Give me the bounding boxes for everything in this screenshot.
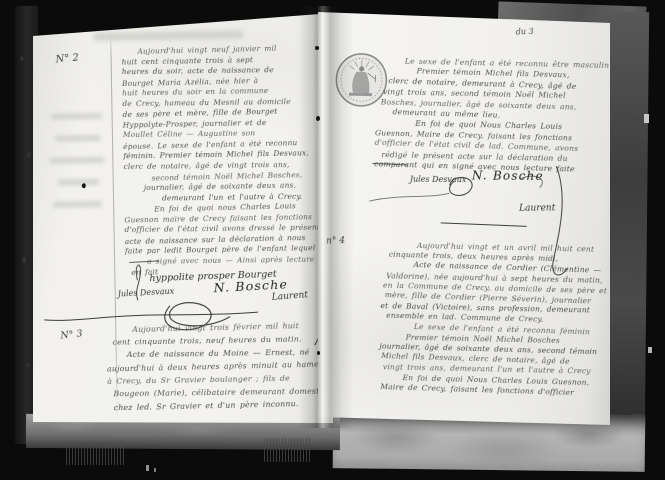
show-through-smudge	[51, 113, 103, 120]
show-through-smudge	[55, 135, 101, 142]
page-edge-striation	[264, 438, 312, 462]
act-divider-rule	[441, 222, 527, 226]
dust-speck	[154, 468, 156, 472]
act-4-text-block: Aujourd'hui vingt et un avril mil huit c…	[378, 239, 606, 398]
show-through-smudge	[58, 179, 100, 186]
signature-witness-1: Jules Desvaux	[117, 287, 174, 299]
signature-mayor: Laurent	[271, 290, 308, 302]
register-page-left: N° 2 Aujourd'hui vingt neuf janvier milh…	[33, 13, 333, 425]
register-page-right: du 3 Le sexe de l'enfant a été reconnu ê…	[318, 8, 610, 428]
act-3-text-block: Aujourd'hui vingt trois février mil huit…	[112, 319, 332, 414]
ink-blot	[82, 183, 86, 188]
ink-blot	[317, 351, 320, 355]
scanned-register-photo: N° 2 Aujourd'hui vingt neuf janvier milh…	[0, 0, 665, 480]
signature-witness-1: Jules Desvaux	[410, 175, 467, 184]
act-3-continuation-text-block: Le sexe de l'enfant a été reconnu être m…	[374, 55, 609, 176]
signature-witness-2: N. Bosche	[472, 168, 544, 183]
show-through-smudge	[52, 201, 102, 208]
margin-note-act-3: N° 3	[60, 328, 83, 341]
act-2-text-block: Aujourd'hui vingt neuf janvier milhuit c…	[121, 43, 329, 279]
show-through-smudge	[49, 157, 104, 164]
signature-mayor: Laurent	[519, 203, 555, 213]
page-edge-speck	[644, 114, 649, 123]
show-through-smudge	[93, 30, 243, 41]
ink-blot	[316, 116, 320, 121]
page-edge-striation	[66, 441, 124, 465]
margin-note-act-4: n° 4	[326, 236, 345, 246]
dust-speck	[146, 465, 149, 471]
ink-blot	[315, 46, 319, 50]
margin-note-act-2: N° 2	[55, 52, 79, 65]
page-edge-speck	[648, 347, 652, 353]
corner-annotation: du 3	[516, 27, 534, 37]
